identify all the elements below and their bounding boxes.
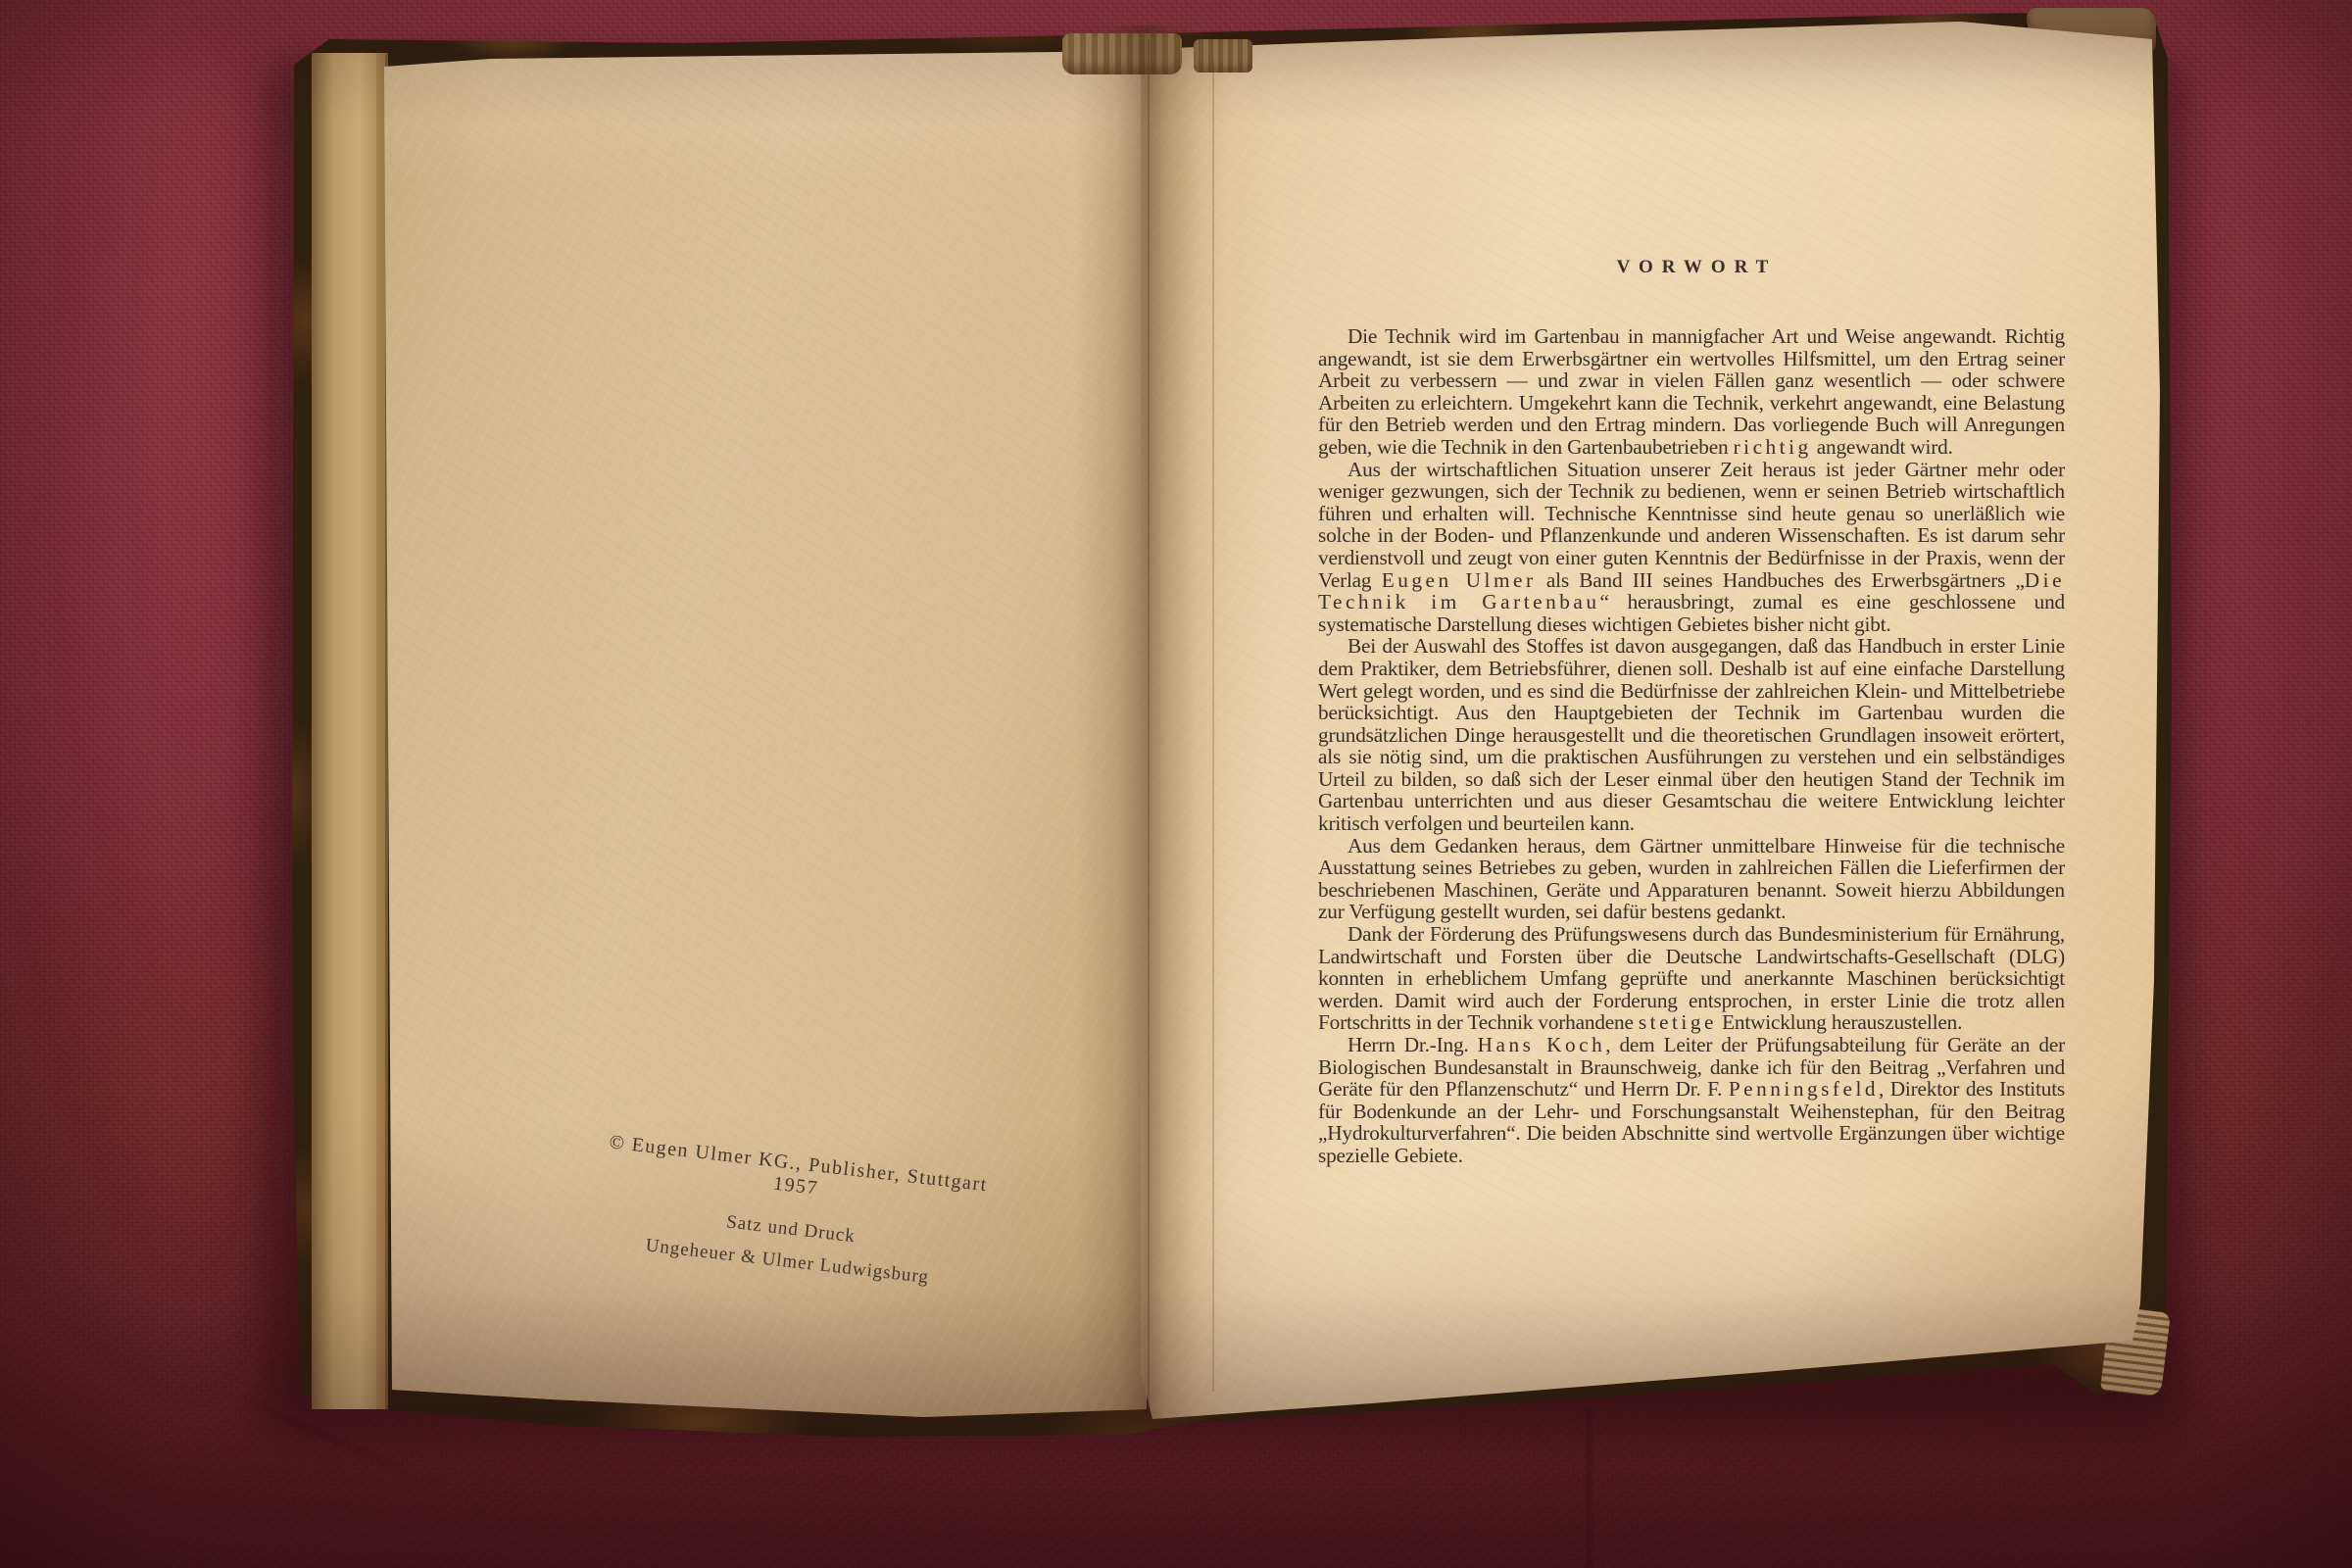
- leather-crease: [1586, 1409, 1592, 1568]
- paragraph: Aus dem Gedanken heraus, dem Gärtner unm…: [1318, 835, 2065, 923]
- emphasized-text: stetige: [1639, 1010, 1717, 1034]
- spine-headband-fragment: [1194, 39, 1252, 73]
- body-text: Entwicklung herauszustellen.: [1717, 1010, 1962, 1034]
- foreword-paragraphs: Die Technik wird im Gartenbau in mannigf…: [1318, 325, 2065, 1167]
- paragraph: Herrn Dr.-Ing. Hans Koch, dem Leiter der…: [1318, 1034, 2065, 1167]
- paragraph: Aus der wirtschaftlichen Situation unser…: [1318, 459, 2065, 636]
- page-heading: VORWORT: [1319, 257, 2066, 278]
- body-text: Bei der Auswahl des Stoffes ist davon au…: [1318, 634, 2065, 835]
- gutter-fold-line: [1212, 59, 1214, 1392]
- body-text: angewandt wird.: [1812, 435, 1953, 459]
- paragraph: Bei der Auswahl des Stoffes ist davon au…: [1318, 635, 2065, 834]
- body-text: Herrn Dr.-Ing.: [1347, 1033, 1478, 1056]
- emphasized-text: Penningsfeld: [1729, 1077, 1879, 1101]
- spine-headband: [1062, 33, 1182, 74]
- gutter-fold-line: [1148, 39, 1150, 1411]
- left-page: © Eugen Ulmer KG., Publisher, Stuttgart …: [374, 49, 1147, 1417]
- paragraph: Dank der Förderung des Prüfungswesens du…: [1318, 923, 2065, 1034]
- emphasized-text: Eugen Ulmer: [1382, 568, 1537, 592]
- photo-scene: © Eugen Ulmer KG., Publisher, Stuttgart …: [0, 0, 2352, 1568]
- body-text: Aus dem Gedanken heraus, dem Gärtner unm…: [1318, 834, 2065, 924]
- paragraph: Die Technik wird im Gartenbau in mannigf…: [1318, 325, 2065, 459]
- body-text: als Band III seines Handbuches des Erwer…: [1537, 568, 2025, 592]
- endpaper-edge: [312, 53, 388, 1409]
- right-page: VORWORT Die Technik wird im Gartenbau in…: [1141, 14, 2164, 1425]
- emphasized-text: richtig: [1734, 435, 1812, 459]
- emphasized-text: Hans Koch: [1478, 1033, 1606, 1056]
